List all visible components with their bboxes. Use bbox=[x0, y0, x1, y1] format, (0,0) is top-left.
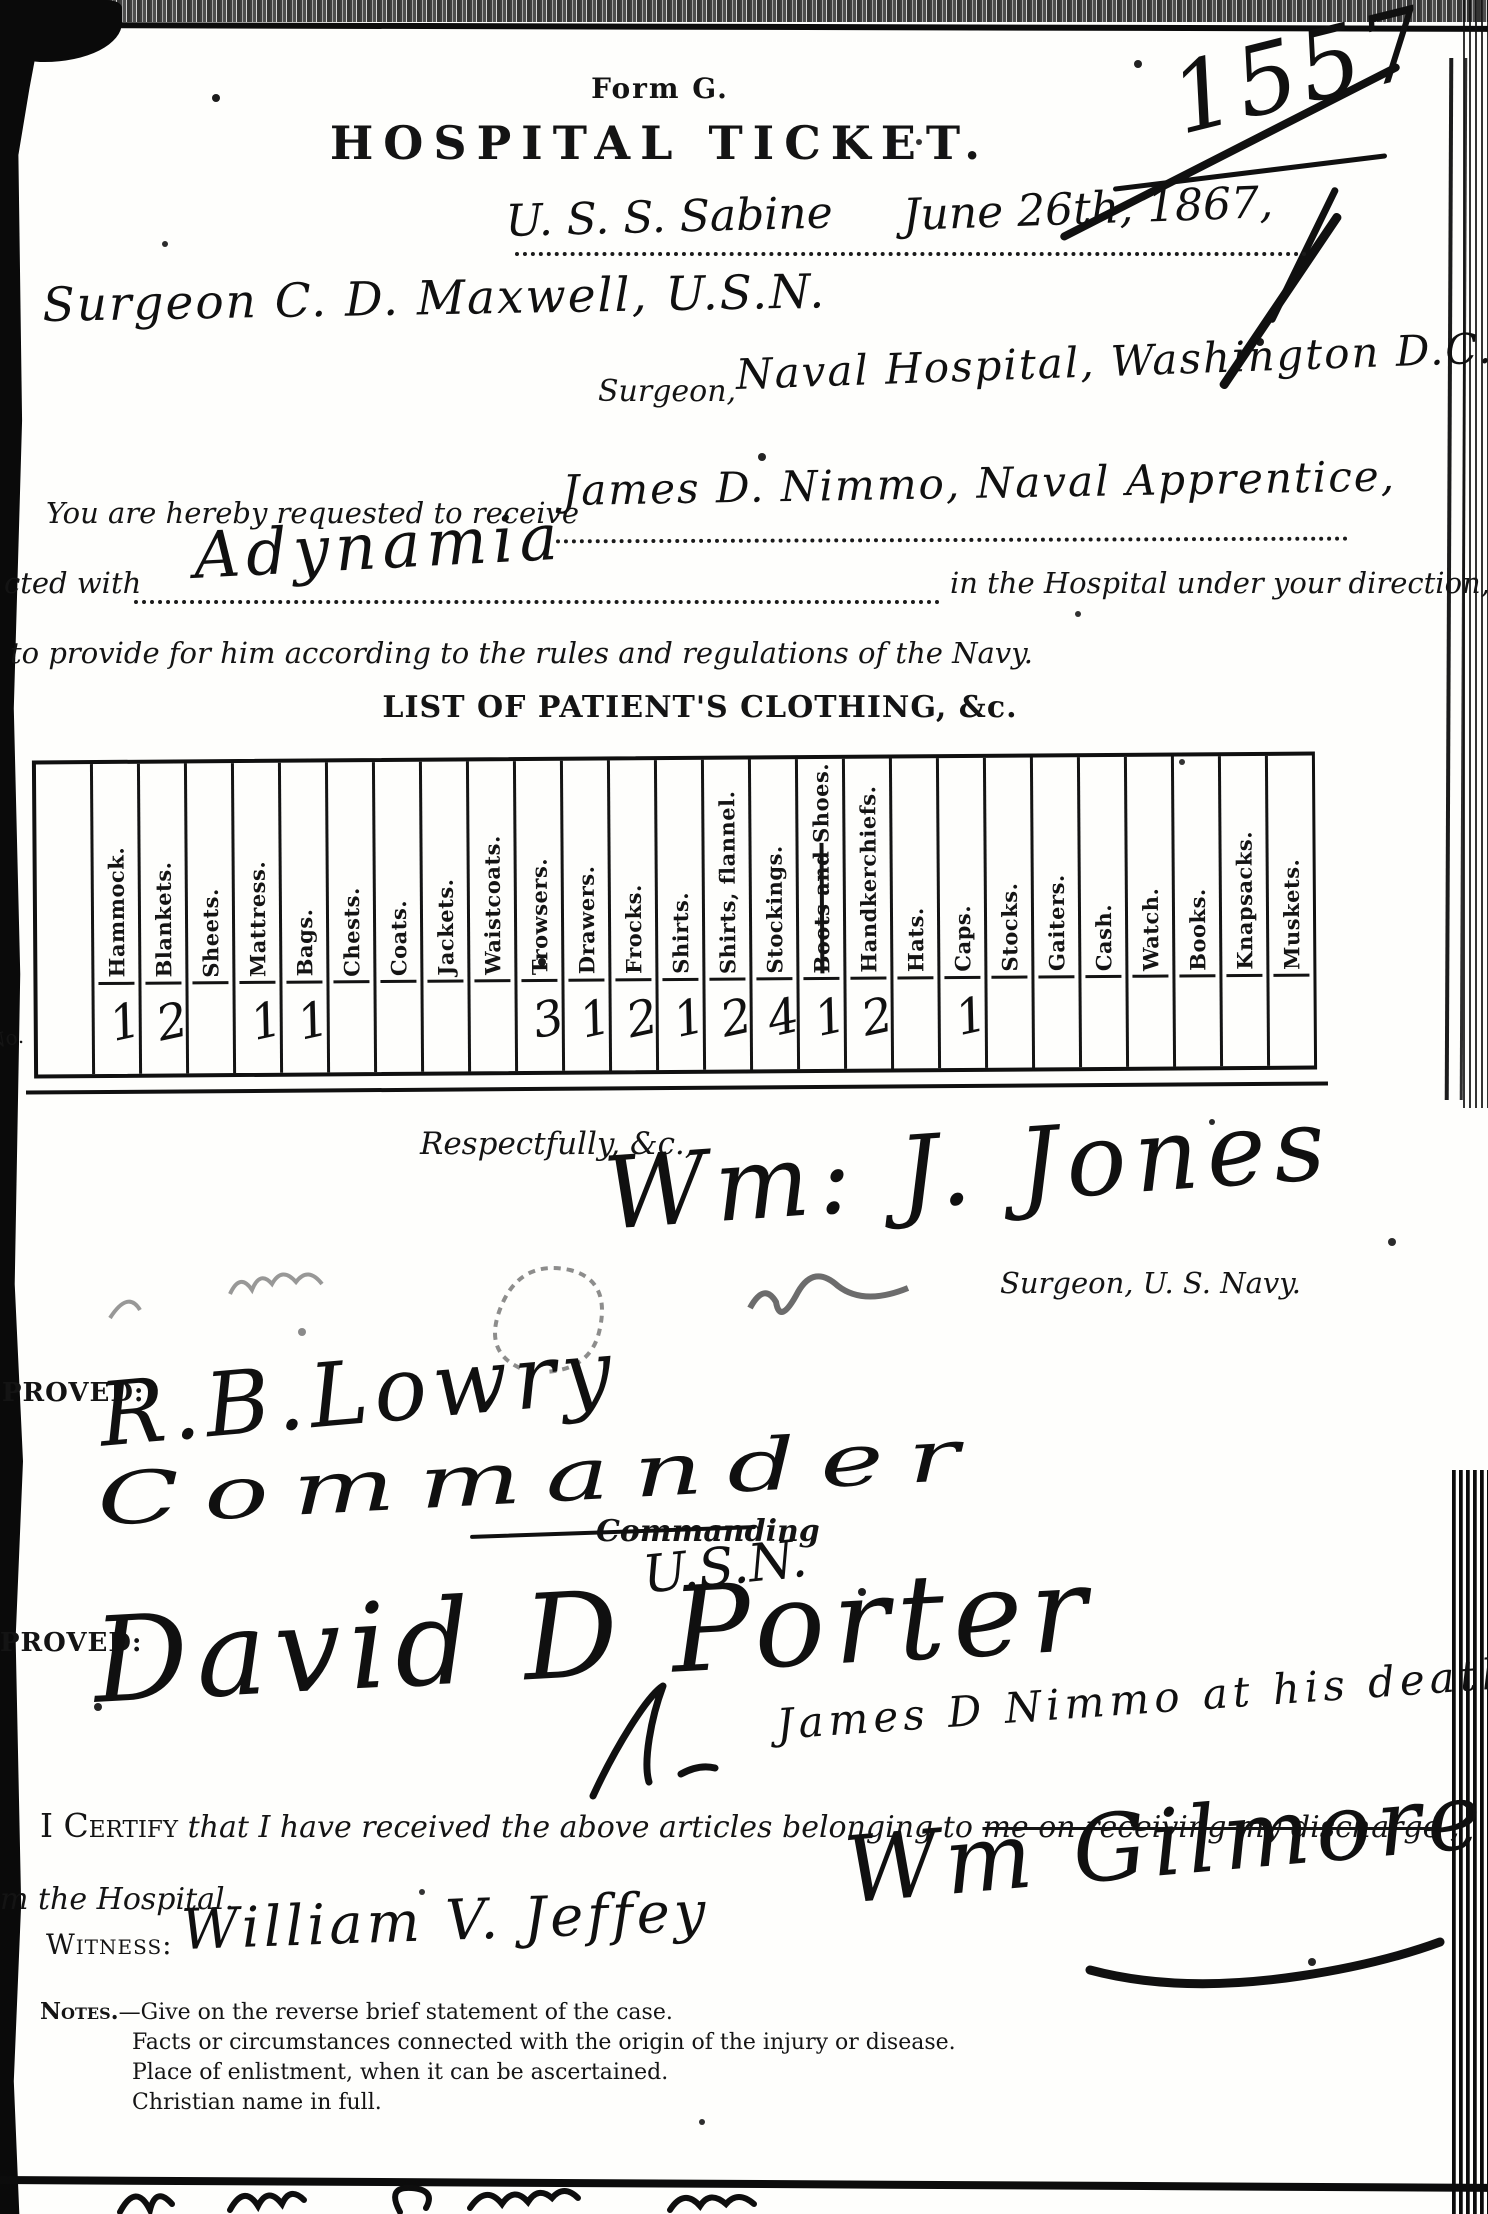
form-label: Form G. bbox=[300, 72, 1020, 105]
dotted-rule bbox=[515, 252, 1307, 256]
clothing-column: Hammock.1 bbox=[90, 764, 139, 1074]
check-flourish bbox=[585, 1678, 715, 1808]
dotted-rule bbox=[556, 537, 1348, 544]
hospital-handwriting: Naval Hospital, Washington D.C. bbox=[735, 324, 1488, 399]
clothing-column-header: Knapsacks. bbox=[1221, 756, 1267, 974]
clothing-column-header: Caps. bbox=[939, 758, 985, 976]
clothing-column-header: Bags. bbox=[281, 762, 327, 980]
hospital-ticket-scan: Form G. HOSPITAL TICKET. 1557 U. S. S. S… bbox=[0, 0, 1488, 2214]
clothing-column-header: Shirts. bbox=[657, 760, 703, 978]
clothing-column-header: Stocks. bbox=[986, 758, 1032, 976]
witness-signature: William V. Jeffey bbox=[180, 1880, 711, 1963]
clothing-column-header: Watch. bbox=[1127, 757, 1173, 975]
clothing-column-header: Blankets. bbox=[140, 763, 186, 981]
addressee-handwriting: Surgeon C. D. Maxwell, U.S.N. bbox=[42, 264, 827, 333]
clothing-list-title: LIST OF PATIENT'S CLOTHING, &c. bbox=[300, 690, 1100, 725]
notes-line-1: Notes.—Give on the reverse brief stateme… bbox=[40, 1998, 673, 2025]
clothing-table: No. Hammock.1Blankets.2Sheets.Mattress.1… bbox=[32, 752, 1317, 1079]
clothing-column-header: Jackets. bbox=[422, 761, 468, 979]
clothing-column-header: Stockings. bbox=[751, 759, 797, 977]
notes-line-4: Christian name in full. bbox=[132, 2090, 382, 2115]
clothing-column-header: Books. bbox=[1174, 756, 1220, 974]
clothing-column-header: Hammock. bbox=[93, 764, 139, 982]
hospital-direction-printed: in the Hospital under your direction, bbox=[950, 566, 1488, 600]
affected-with-printed: cted with bbox=[4, 566, 141, 600]
surgeon-title-printed: Surgeon, U. S. Navy. bbox=[1000, 1266, 1301, 1300]
ship-name-handwriting: U. S. S. Sabine bbox=[505, 187, 833, 247]
clothing-column-header: Mattress. bbox=[234, 763, 280, 981]
clothing-column-header: Muskets. bbox=[1268, 756, 1314, 974]
scan-specks bbox=[0, 0, 4, 4]
surgeon-signature: Wm: J. Jones bbox=[600, 1085, 1337, 1253]
bottom-cutoff-handwriting bbox=[110, 2186, 900, 2214]
dotted-rule bbox=[134, 600, 940, 604]
provide-printed: to provide for him according to the rule… bbox=[10, 636, 1033, 670]
clothing-column-header: Trowsers. bbox=[516, 761, 562, 979]
surgeon-printed-label: Surgeon, bbox=[598, 374, 736, 409]
witness-label: Witness: bbox=[46, 1928, 173, 1961]
clothing-column-header: Boots and Shoes. bbox=[798, 759, 844, 977]
struck-label-text: Boots and bbox=[808, 842, 834, 973]
clothing-column-header: Handkerchiefs. bbox=[845, 758, 891, 976]
clothing-column-header: Shirts, flannel. bbox=[704, 759, 750, 977]
table-row-label: No. bbox=[0, 1024, 25, 1054]
recipient-signature: Wm Gilmore bbox=[840, 1762, 1488, 1925]
clothing-column-header: Hats. bbox=[892, 758, 938, 976]
scan-noise-band bbox=[0, 0, 1488, 22]
clothing-column-header: Coats. bbox=[375, 762, 421, 980]
clothing-column-header: Waistcoats. bbox=[469, 761, 515, 979]
notes-line-2: Facts or circumstances connected with th… bbox=[132, 2030, 956, 2055]
clothing-column-header: Gaiters. bbox=[1033, 757, 1079, 975]
notes-text-1: —Give on the reverse brief statement of … bbox=[119, 2000, 673, 2025]
signature-underline-swash bbox=[1080, 1926, 1460, 1986]
page-title: HOSPITAL TICKET. bbox=[240, 116, 1080, 170]
handwritten-ticket-number: 1557 bbox=[1160, 0, 1440, 157]
clothing-column-header: Chests. bbox=[328, 762, 374, 980]
clothing-column-header: Cash. bbox=[1080, 757, 1126, 975]
clothing-column-header: Sheets. bbox=[187, 763, 233, 981]
clothing-column-header: Drawers. bbox=[563, 760, 609, 978]
table-bottom-double-rule bbox=[26, 1081, 1328, 1094]
certify-lead: I Certify bbox=[40, 1806, 178, 1845]
date-handwriting: June 26th, 1867, bbox=[902, 177, 1274, 241]
clothing-columns: Hammock.1Blankets.2Sheets.Mattress.1Bags… bbox=[90, 756, 1314, 1075]
scan-right-hatch-top bbox=[1463, 0, 1488, 1108]
notes-line-3: Place of enlistment, when it can be asce… bbox=[132, 2060, 668, 2085]
patient-name-handwriting: James D. Nimmo, Naval Apprentice, bbox=[562, 451, 1396, 515]
notes-label: Notes. bbox=[40, 1998, 119, 2025]
clothing-column-header: Frocks. bbox=[610, 760, 656, 978]
